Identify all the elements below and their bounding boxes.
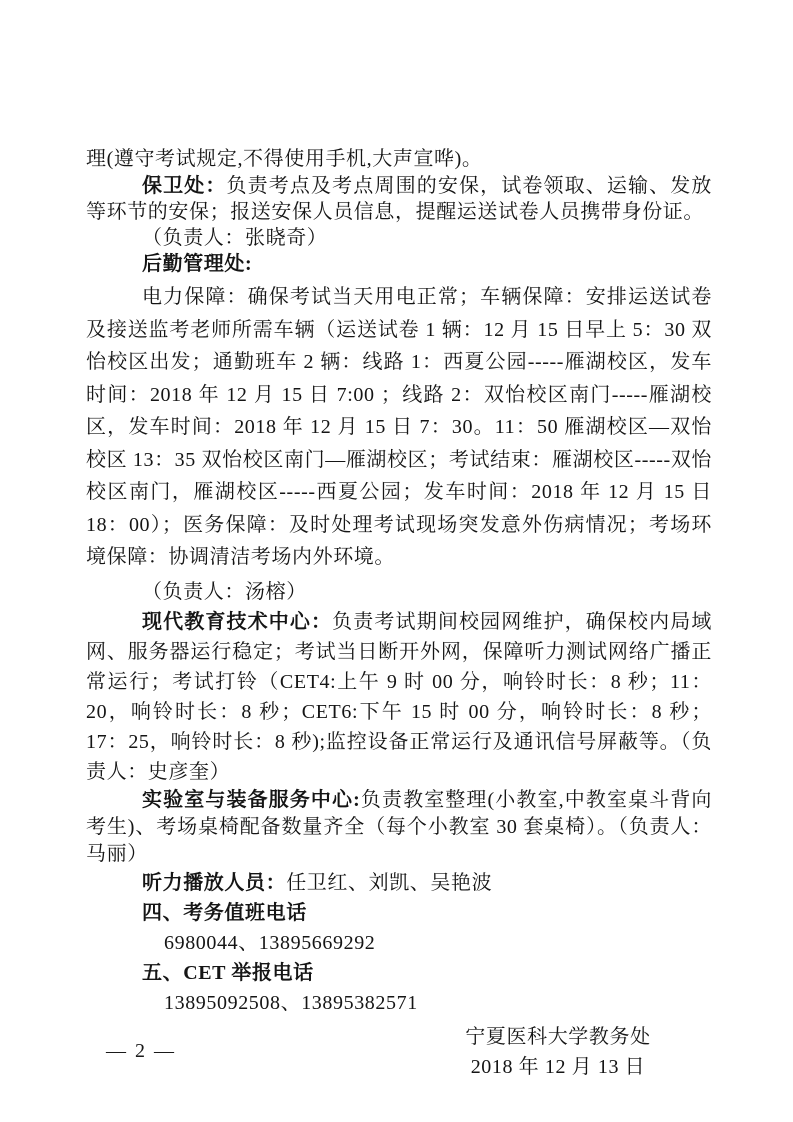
paragraph-continuation: 理(遵守考试规定,不得使用手机,大声宣哗)。	[86, 146, 712, 173]
paragraph-lead: 实验室与装备服务中心:	[142, 789, 360, 811]
paragraph-security-office: 保卫处：负责考点及考点周围的安保，试卷领取、运输、发放等环节的安保；报送安保人员…	[86, 173, 712, 225]
paragraph-modern-education-tech-center: 现代教育技术中心：负责考试期间校园网维护，确保校内局域网、服务器运行稳定；考试当…	[86, 607, 712, 787]
paragraph-responsible-tangrong: （负责人：汤榕）	[86, 577, 712, 607]
signature-organization: 宁夏医科大学教务处	[443, 1022, 673, 1052]
paragraph-lab-equipment-center: 实验室与装备服务中心:负责教室整理(小教室,中教室桌斗背向考生)、考场桌椅配备数…	[86, 787, 712, 868]
paragraph-text: （负责人：汤榕）	[142, 581, 307, 603]
paragraph-duty-phone-numbers: 6980044、13895669292	[86, 928, 712, 958]
paragraph-lead: 现代教育技术中心：	[142, 611, 332, 633]
paragraph-lead: 保卫处：	[142, 175, 227, 197]
paragraph-responsible-zhangxiaoqi: （负责人：张晓奇）	[86, 225, 712, 251]
paragraph-text: 13895092508、13895382571	[164, 992, 418, 1014]
paragraph-text: 负责考试期间校园网维护，确保校内局域网、服务器运行稳定；考试当日断开外网，保障听…	[86, 611, 712, 783]
paragraph-text: （负责人：张晓奇）	[142, 227, 327, 249]
heading-logistics-office: 后勤管理处:	[86, 251, 712, 278]
signature-date: 2018 年 12 月 13 日	[443, 1052, 673, 1082]
page-number: — 2 —	[106, 1040, 176, 1063]
paragraph-cet-report-phone-numbers: 13895092508、13895382571	[86, 988, 712, 1018]
paragraph-text: 6980044、13895669292	[164, 932, 375, 954]
heading-cet-report-phone: 五、CET 举报电话	[86, 958, 712, 988]
paragraph-listening-broadcast-staff: 听力播放人员：任卫红、刘凯、吴艳波	[86, 868, 712, 898]
document-body: 理(遵守考试规定,不得使用手机,大声宣哗)。 保卫处：负责考点及考点周围的安保，…	[86, 146, 712, 1082]
signature-block: 宁夏医科大学教务处 2018 年 12 月 13 日	[443, 1022, 673, 1082]
paragraph-logistics-detail: 电力保障：确保考试当天用电正常；车辆保障：安排运送试卷及接送监考老师所需车辆（运…	[86, 281, 712, 574]
paragraph-text: 电力保障：确保考试当天用电正常；车辆保障：安排运送试卷及接送监考老师所需车辆（运…	[86, 286, 712, 568]
paragraph-lead: 五、CET 举报电话	[142, 962, 314, 984]
paragraph-lead: 后勤管理处:	[142, 253, 252, 275]
paragraph-text: 理(遵守考试规定,不得使用手机,大声宣哗)。	[86, 148, 483, 170]
heading-duty-phone: 四、考务值班电话	[86, 898, 712, 928]
paragraph-text: 任卫红、刘凯、吴艳波	[286, 872, 492, 894]
document-page: 理(遵守考试规定,不得使用手机,大声宣哗)。 保卫处：负责考点及考点周围的安保，…	[0, 0, 793, 1122]
paragraph-lead: 听力播放人员：	[142, 872, 286, 894]
paragraph-lead: 四、考务值班电话	[142, 902, 307, 924]
